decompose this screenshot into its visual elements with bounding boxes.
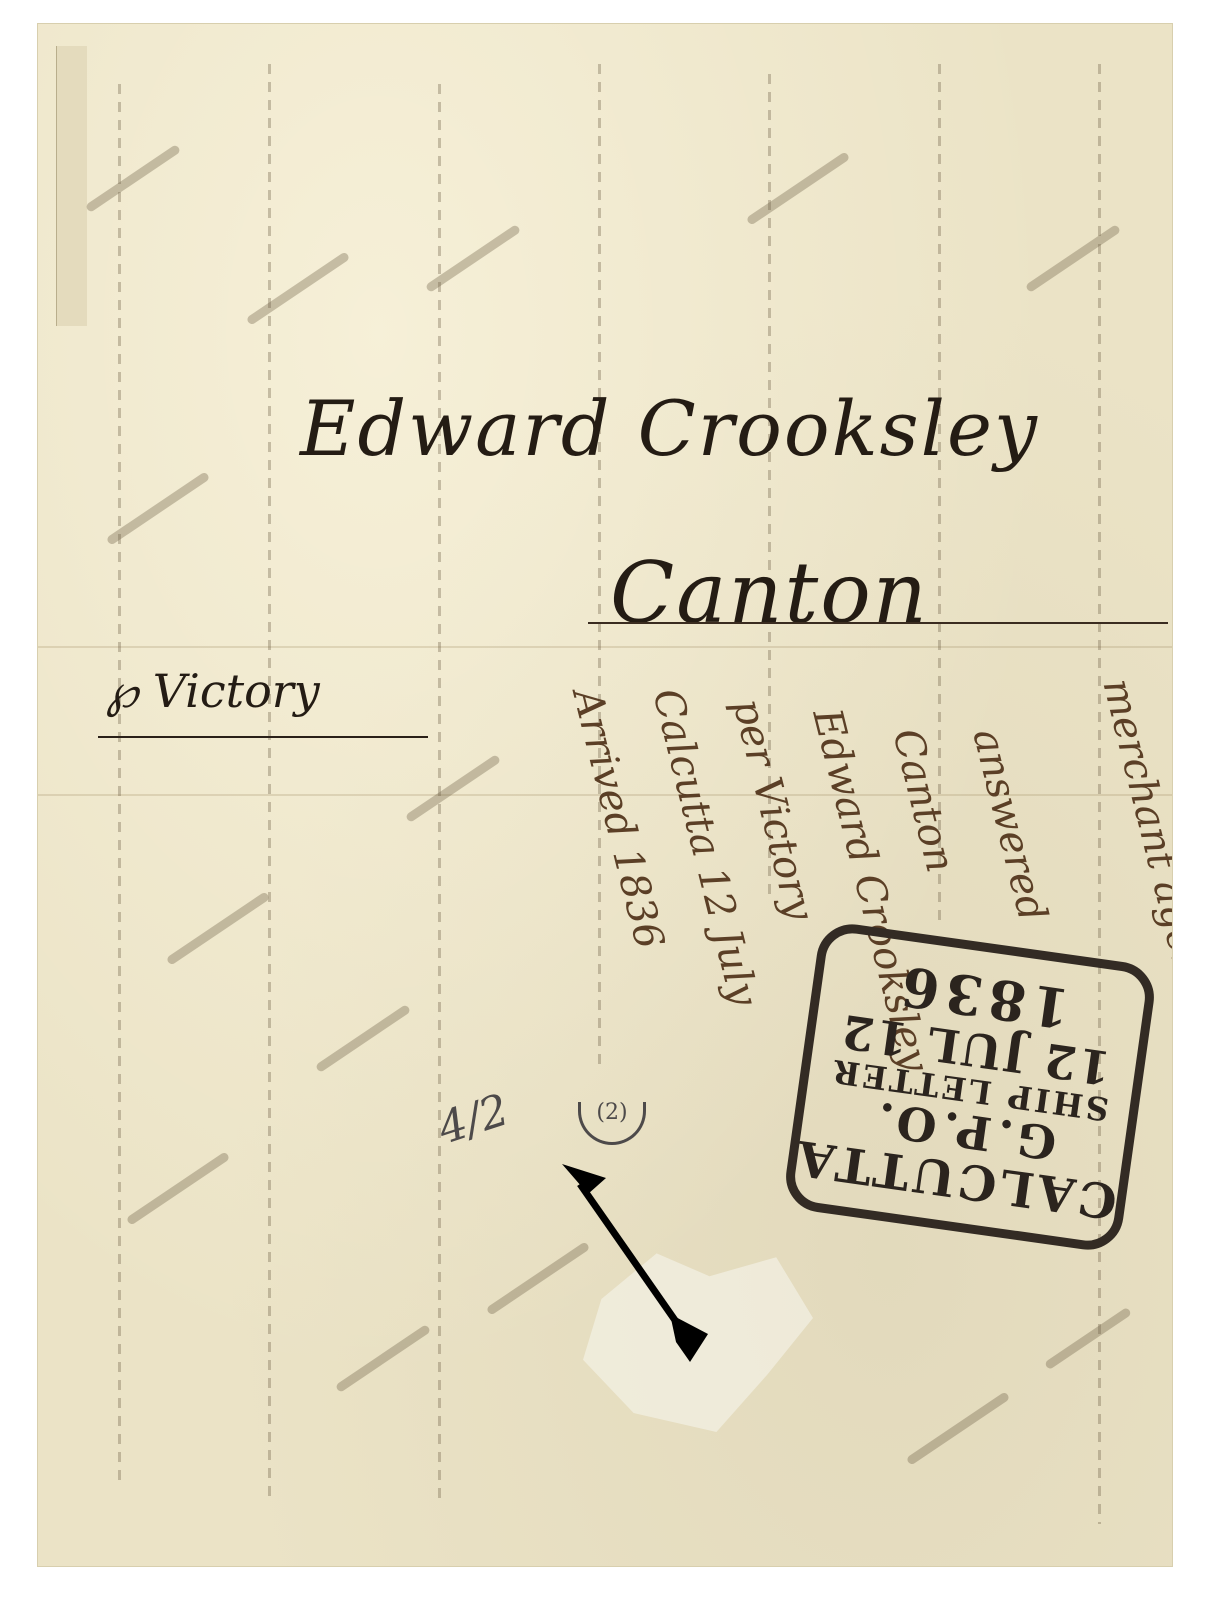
bleed-stroke xyxy=(85,144,181,213)
bleed-stroke xyxy=(315,1004,411,1073)
addressee-name: Edward Crooksley xyxy=(300,384,1039,473)
bleed-stroke xyxy=(746,151,851,226)
bleed-stroke xyxy=(106,471,211,546)
place-underline xyxy=(588,622,1168,624)
bleed-stroke xyxy=(126,1151,231,1226)
ship-endorsement-underline xyxy=(98,736,428,738)
bleed-column xyxy=(118,84,121,1484)
docket-line: answered xyxy=(963,724,1055,926)
pencil-rate-marking: 4/2 xyxy=(432,1084,515,1154)
bleed-stroke xyxy=(405,754,501,823)
fold-crease xyxy=(38,646,1172,648)
bleed-stroke xyxy=(425,224,521,293)
bleed-stroke xyxy=(1025,224,1121,293)
docket-line: Canton xyxy=(883,724,963,877)
docket-line: merchant agent xyxy=(1093,674,1172,998)
arrow-icon xyxy=(558,1164,718,1364)
bleed-stroke xyxy=(246,251,351,326)
addressee-place: Canton xyxy=(610,544,929,642)
letter-sheet: Edward Crooksley Canton ℘ Victory Arrive… xyxy=(38,24,1172,1566)
bleed-stroke xyxy=(166,891,271,966)
ship-endorsement: ℘ Victory xyxy=(106,664,320,718)
folded-flap xyxy=(56,46,87,326)
calcutta-ship-letter-handstamp: CALCUTTA G.P.O. SHIP LETTER 12 JUL 12 18… xyxy=(781,920,1158,1254)
bleed-stroke xyxy=(335,1324,431,1393)
bleed-column xyxy=(268,64,271,1504)
